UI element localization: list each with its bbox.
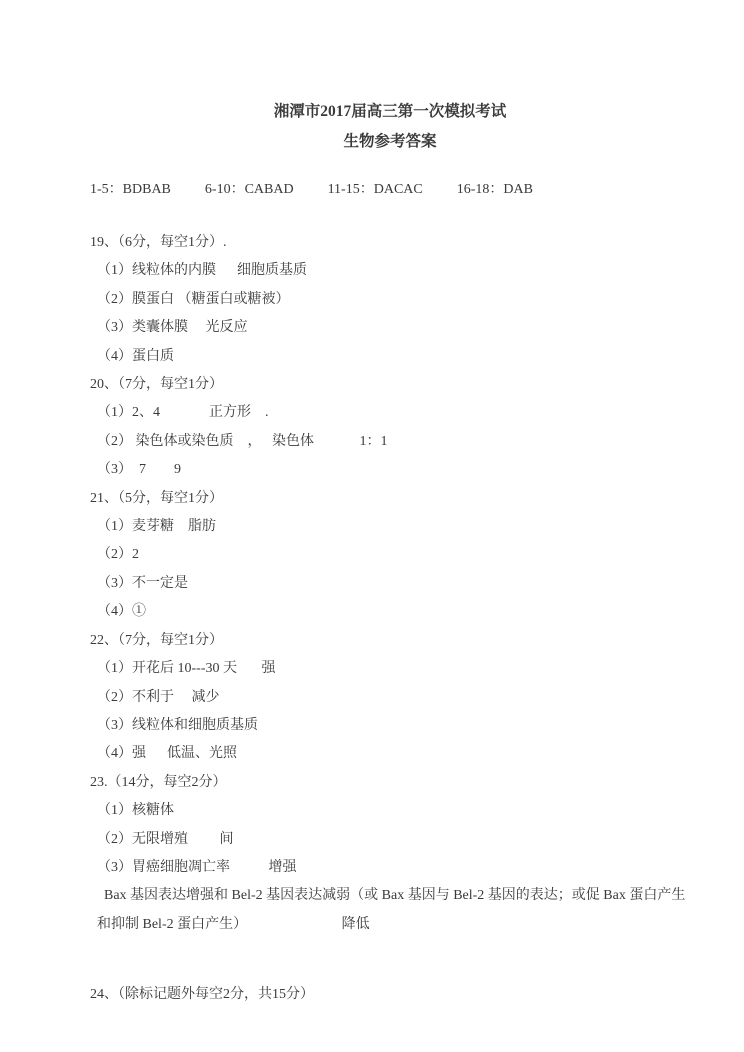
answer-sections: 19、（6分，每空1分）.（1）线粒体的内膜 细胞质基质（2）膜蛋白 （糖蛋白或… — [90, 229, 690, 1010]
answer-line: Bax 基因表达增强和 Bel-2 基因表达减弱（或 Bax 基因与 Bel-2… — [90, 882, 690, 910]
answer-line: （1）麦芽糖 脂肪 — [90, 513, 690, 541]
section-header: 20、（7分，每空1分） — [90, 371, 690, 399]
section-header: 21、（5分，每空1分） — [90, 485, 690, 513]
answer-section: 24、（除标记题外每空2分，共15分） — [90, 981, 690, 1009]
answer-line: （1）开花后 10---30 天 强 — [90, 655, 690, 683]
answer-line: （4）① — [90, 598, 690, 626]
document-page: 湘潭市2017届高三第一次模拟考试 生物参考答案 1-5：BDBAB6-10：C… — [0, 0, 744, 1052]
answer-line: （2）膜蛋白 （糖蛋白或糖被） — [90, 286, 690, 314]
section-header: 19、（6分，每空1分）. — [90, 229, 690, 257]
answer-line: （3） 7 9 — [90, 456, 690, 484]
answer-line: （2）不利于 减少 — [90, 684, 690, 712]
answer-line: （3）胃癌细胞凋亡率 增强 — [90, 854, 690, 882]
answer-section: 19、（6分，每空1分）.（1）线粒体的内膜 细胞质基质（2）膜蛋白 （糖蛋白或… — [90, 229, 690, 371]
answer-line: （1）线粒体的内膜 细胞质基质 — [90, 257, 690, 285]
answer-line: （2）2 — [90, 541, 690, 569]
answer-line: （3）线粒体和细胞质基质 — [90, 712, 690, 740]
section-header: 23.（14分，每空2分） — [90, 769, 690, 797]
answer-line: （4）强 低温、光照 — [90, 740, 690, 768]
answer-line: （4）蛋白质 — [90, 343, 690, 371]
section-header: 22、（7分，每空1分） — [90, 627, 690, 655]
choice-answer-segment: 1-5：BDBAB — [90, 176, 171, 204]
answer-section: 22、（7分，每空1分）（1）开花后 10---30 天 强（2）不利于 减少（… — [90, 627, 690, 769]
document-content: 湘潭市2017届高三第一次模拟考试 生物参考答案 1-5：BDBAB6-10：C… — [90, 98, 690, 1010]
choice-answer-segment: 11-15：DACAC — [328, 176, 423, 204]
section-header: 24、（除标记题外每空2分，共15分） — [90, 981, 690, 1009]
answer-section: 23.（14分，每空2分）（1）核糖体（2）无限增殖 间（3）胃癌细胞凋亡率 增… — [90, 769, 690, 939]
answer-section: 20、（7分，每空1分）（1）2、4 正方形 .（2） 染色体或染色质 ， 染色… — [90, 371, 690, 485]
answer-line: 和抑制 Bel-2 蛋白产生） 降低 — [90, 911, 690, 939]
answer-line: （1）2、4 正方形 . — [90, 399, 690, 427]
answer-line: （1）核糖体 — [90, 797, 690, 825]
choice-answer-segment: 6-10：CABAD — [205, 176, 294, 204]
choice-answer-segment: 16-18：DAB — [457, 176, 533, 204]
answer-line: （3）不一定是 — [90, 570, 690, 598]
answer-section: 21、（5分，每空1分）（1）麦芽糖 脂肪（2）2（3）不一定是（4）① — [90, 485, 690, 627]
answer-line: （2） 染色体或染色质 ， 染色体 1：1 — [90, 428, 690, 456]
answer-line: （3）类囊体膜 光反应 — [90, 314, 690, 342]
document-title: 湘潭市2017届高三第一次模拟考试 — [90, 98, 690, 126]
choice-answers-row: 1-5：BDBAB6-10：CABAD11-15：DACAC16-18：DAB — [90, 176, 690, 204]
document-subtitle: 生物参考答案 — [90, 128, 690, 156]
answer-line: （2）无限增殖 间 — [90, 826, 690, 854]
